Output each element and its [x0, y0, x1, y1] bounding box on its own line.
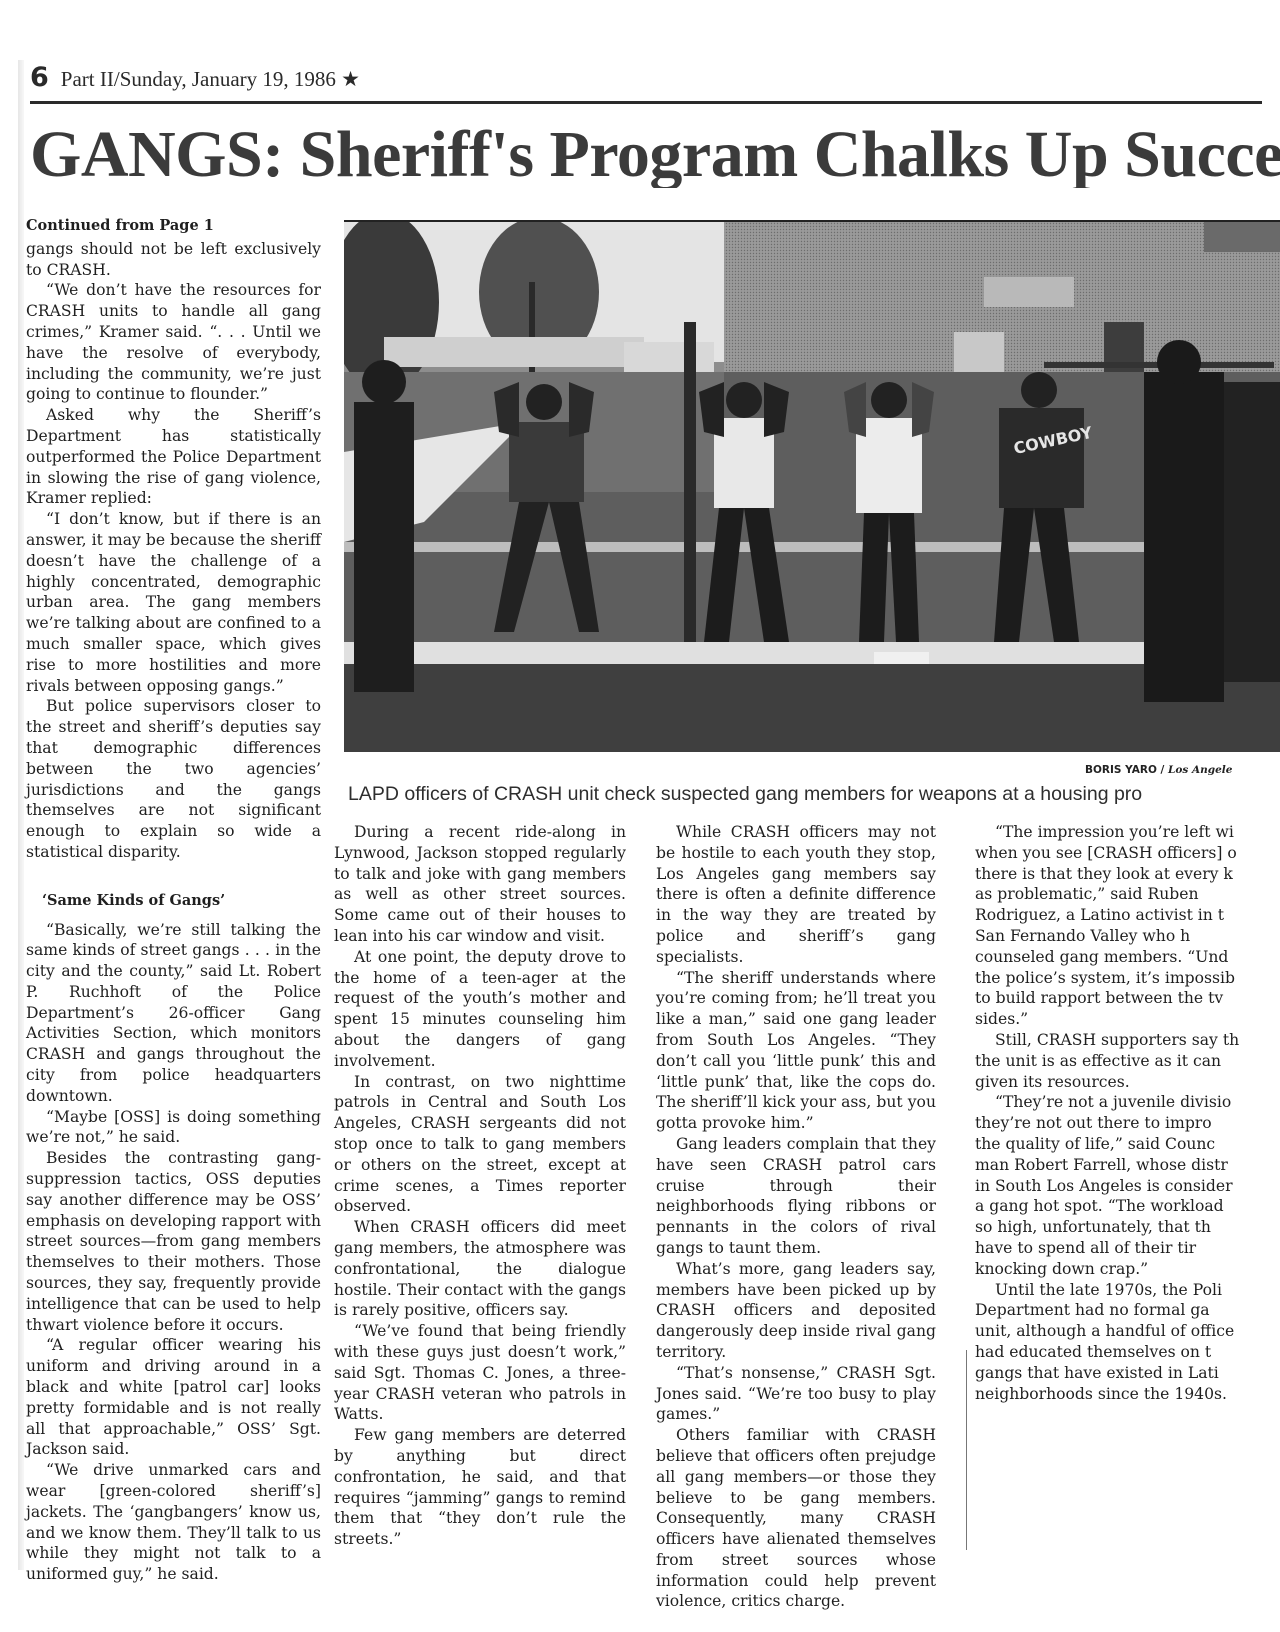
line: knocking down crap.”	[975, 1259, 1265, 1280]
news-photo: COWBOY	[344, 220, 1280, 752]
page-number: 6	[30, 62, 49, 93]
line: Rodriguez, a Latino activist in t	[975, 905, 1265, 926]
line: so high, unfortunately, that th	[975, 1217, 1265, 1238]
credit-org: Los Angele	[1168, 764, 1232, 776]
line: they’re not out there to impro	[975, 1113, 1265, 1134]
article-column-1: Continued from Page 1 gangs should not b…	[26, 216, 321, 1585]
folio: 6 Part II/Sunday, January 19, 1986 ★	[30, 62, 360, 102]
paragraph: What’s more, gang leaders say, members h…	[656, 1259, 936, 1363]
line: neighborhoods since the 1940s.	[975, 1384, 1265, 1405]
line: man Robert Farrell, whose distr	[975, 1155, 1265, 1176]
paragraph: “We drive unmarked cars and wear [green-…	[26, 1460, 321, 1585]
photo-credit: BORIS YARO / Los Angele	[1085, 764, 1232, 776]
paragraph: Few gang members are deterred by anythin…	[334, 1425, 626, 1550]
headline: GANGS: Sheriff's Program Chalks Up Succe	[30, 122, 1280, 188]
article-column-2: During a recent ride-along in Lynwood, J…	[334, 822, 626, 1550]
paragraph: When CRASH officers did meet gang member…	[334, 1217, 626, 1321]
masthead-rule	[30, 101, 1262, 104]
paragraph: Others familiar with CRASH believe that …	[656, 1425, 936, 1612]
line: the unit is as effective as it can	[975, 1051, 1265, 1072]
star-icon: ★	[341, 67, 360, 91]
line: as problematic,” said Ruben	[975, 884, 1265, 905]
line: San Fernando Valley who h	[975, 926, 1265, 947]
line: there is that they look at every k	[975, 864, 1265, 885]
jump-kicker: Continued from Page 1	[26, 216, 321, 237]
page-scan-edge	[18, 60, 24, 1570]
line: have to spend all of their tir	[975, 1238, 1265, 1259]
paragraph: In contrast, on two nighttime patrols in…	[334, 1072, 626, 1218]
line: a gang hot spot. “The workload	[975, 1196, 1265, 1217]
paragraph: During a recent ride-along in Lynwood, J…	[334, 822, 626, 947]
credit-separator: /	[1157, 764, 1168, 776]
line: to build rapport between the tv	[975, 988, 1265, 1009]
line: gangs that have existed in Lati	[975, 1363, 1265, 1384]
line: unit, although a handful of office	[975, 1321, 1265, 1342]
dateline: Part II/Sunday, January 19, 1986 ★	[61, 67, 360, 92]
paragraph: “Maybe [OSS] is doing something we’re no…	[26, 1107, 321, 1149]
line: the quality of life,” said Counc	[975, 1134, 1265, 1155]
paragraph: “That’s nonsense,” CRASH Sgt. Jones said…	[656, 1363, 936, 1425]
article-column-3: While CRASH officers may not be hostile …	[656, 822, 936, 1612]
paragraph: “The sheriff understands where you’re co…	[656, 968, 936, 1134]
line: in South Los Angeles is consider	[975, 1176, 1265, 1197]
article-column-4: “The impression you’re left wi when you …	[975, 822, 1265, 1404]
paragraph: “We don’t have the resources for CRASH u…	[26, 280, 321, 405]
photo-caption: LAPD officers of CRASH unit check suspec…	[348, 783, 1280, 806]
paragraph: Gang leaders complain that they have see…	[656, 1134, 936, 1259]
paragraph: gangs should not be left exclusively to …	[26, 239, 321, 281]
paragraph: “I don’t know, but if there is an answer…	[26, 509, 321, 696]
line: had educated themselves on t	[975, 1342, 1265, 1363]
paragraph: Asked why the Sheriff’s Department has s…	[26, 405, 321, 509]
paragraph: At one point, the deputy drove to the ho…	[334, 947, 626, 1072]
paragraph: While CRASH officers may not be hostile …	[656, 822, 936, 968]
paragraph: Besides the contrasting gang-suppression…	[26, 1148, 321, 1335]
column-rule	[966, 1350, 967, 1550]
line: Until the late 1970s, the Poli	[975, 1280, 1265, 1301]
paragraph: But police supervisors closer to the str…	[26, 696, 321, 862]
paragraph: “We’ve found that being friendly with th…	[334, 1321, 626, 1425]
line: Still, CRASH supporters say th	[975, 1030, 1265, 1051]
line: “They’re not a juvenile divisio	[975, 1092, 1265, 1113]
subhead: ‘Same Kinds of Gangs’	[26, 891, 321, 912]
line: “The impression you’re left wi	[975, 822, 1265, 843]
line: when you see [CRASH officers] o	[975, 843, 1265, 864]
credit-name: BORIS YARO	[1085, 764, 1157, 776]
line: sides.”	[975, 1009, 1265, 1030]
paragraph: “A regular officer wearing his uniform a…	[26, 1335, 321, 1460]
dateline-text: Part II/Sunday, January 19, 1986	[61, 67, 336, 91]
line: given its resources.	[975, 1072, 1265, 1093]
line: counseled gang members. “Und	[975, 947, 1265, 968]
paragraph: “Basically, we’re still talking the same…	[26, 920, 321, 1107]
line: the police’s system, it’s impossib	[975, 968, 1265, 989]
line: Department had no formal ga	[975, 1300, 1265, 1321]
photo-illustration-icon: COWBOY	[344, 222, 1280, 752]
